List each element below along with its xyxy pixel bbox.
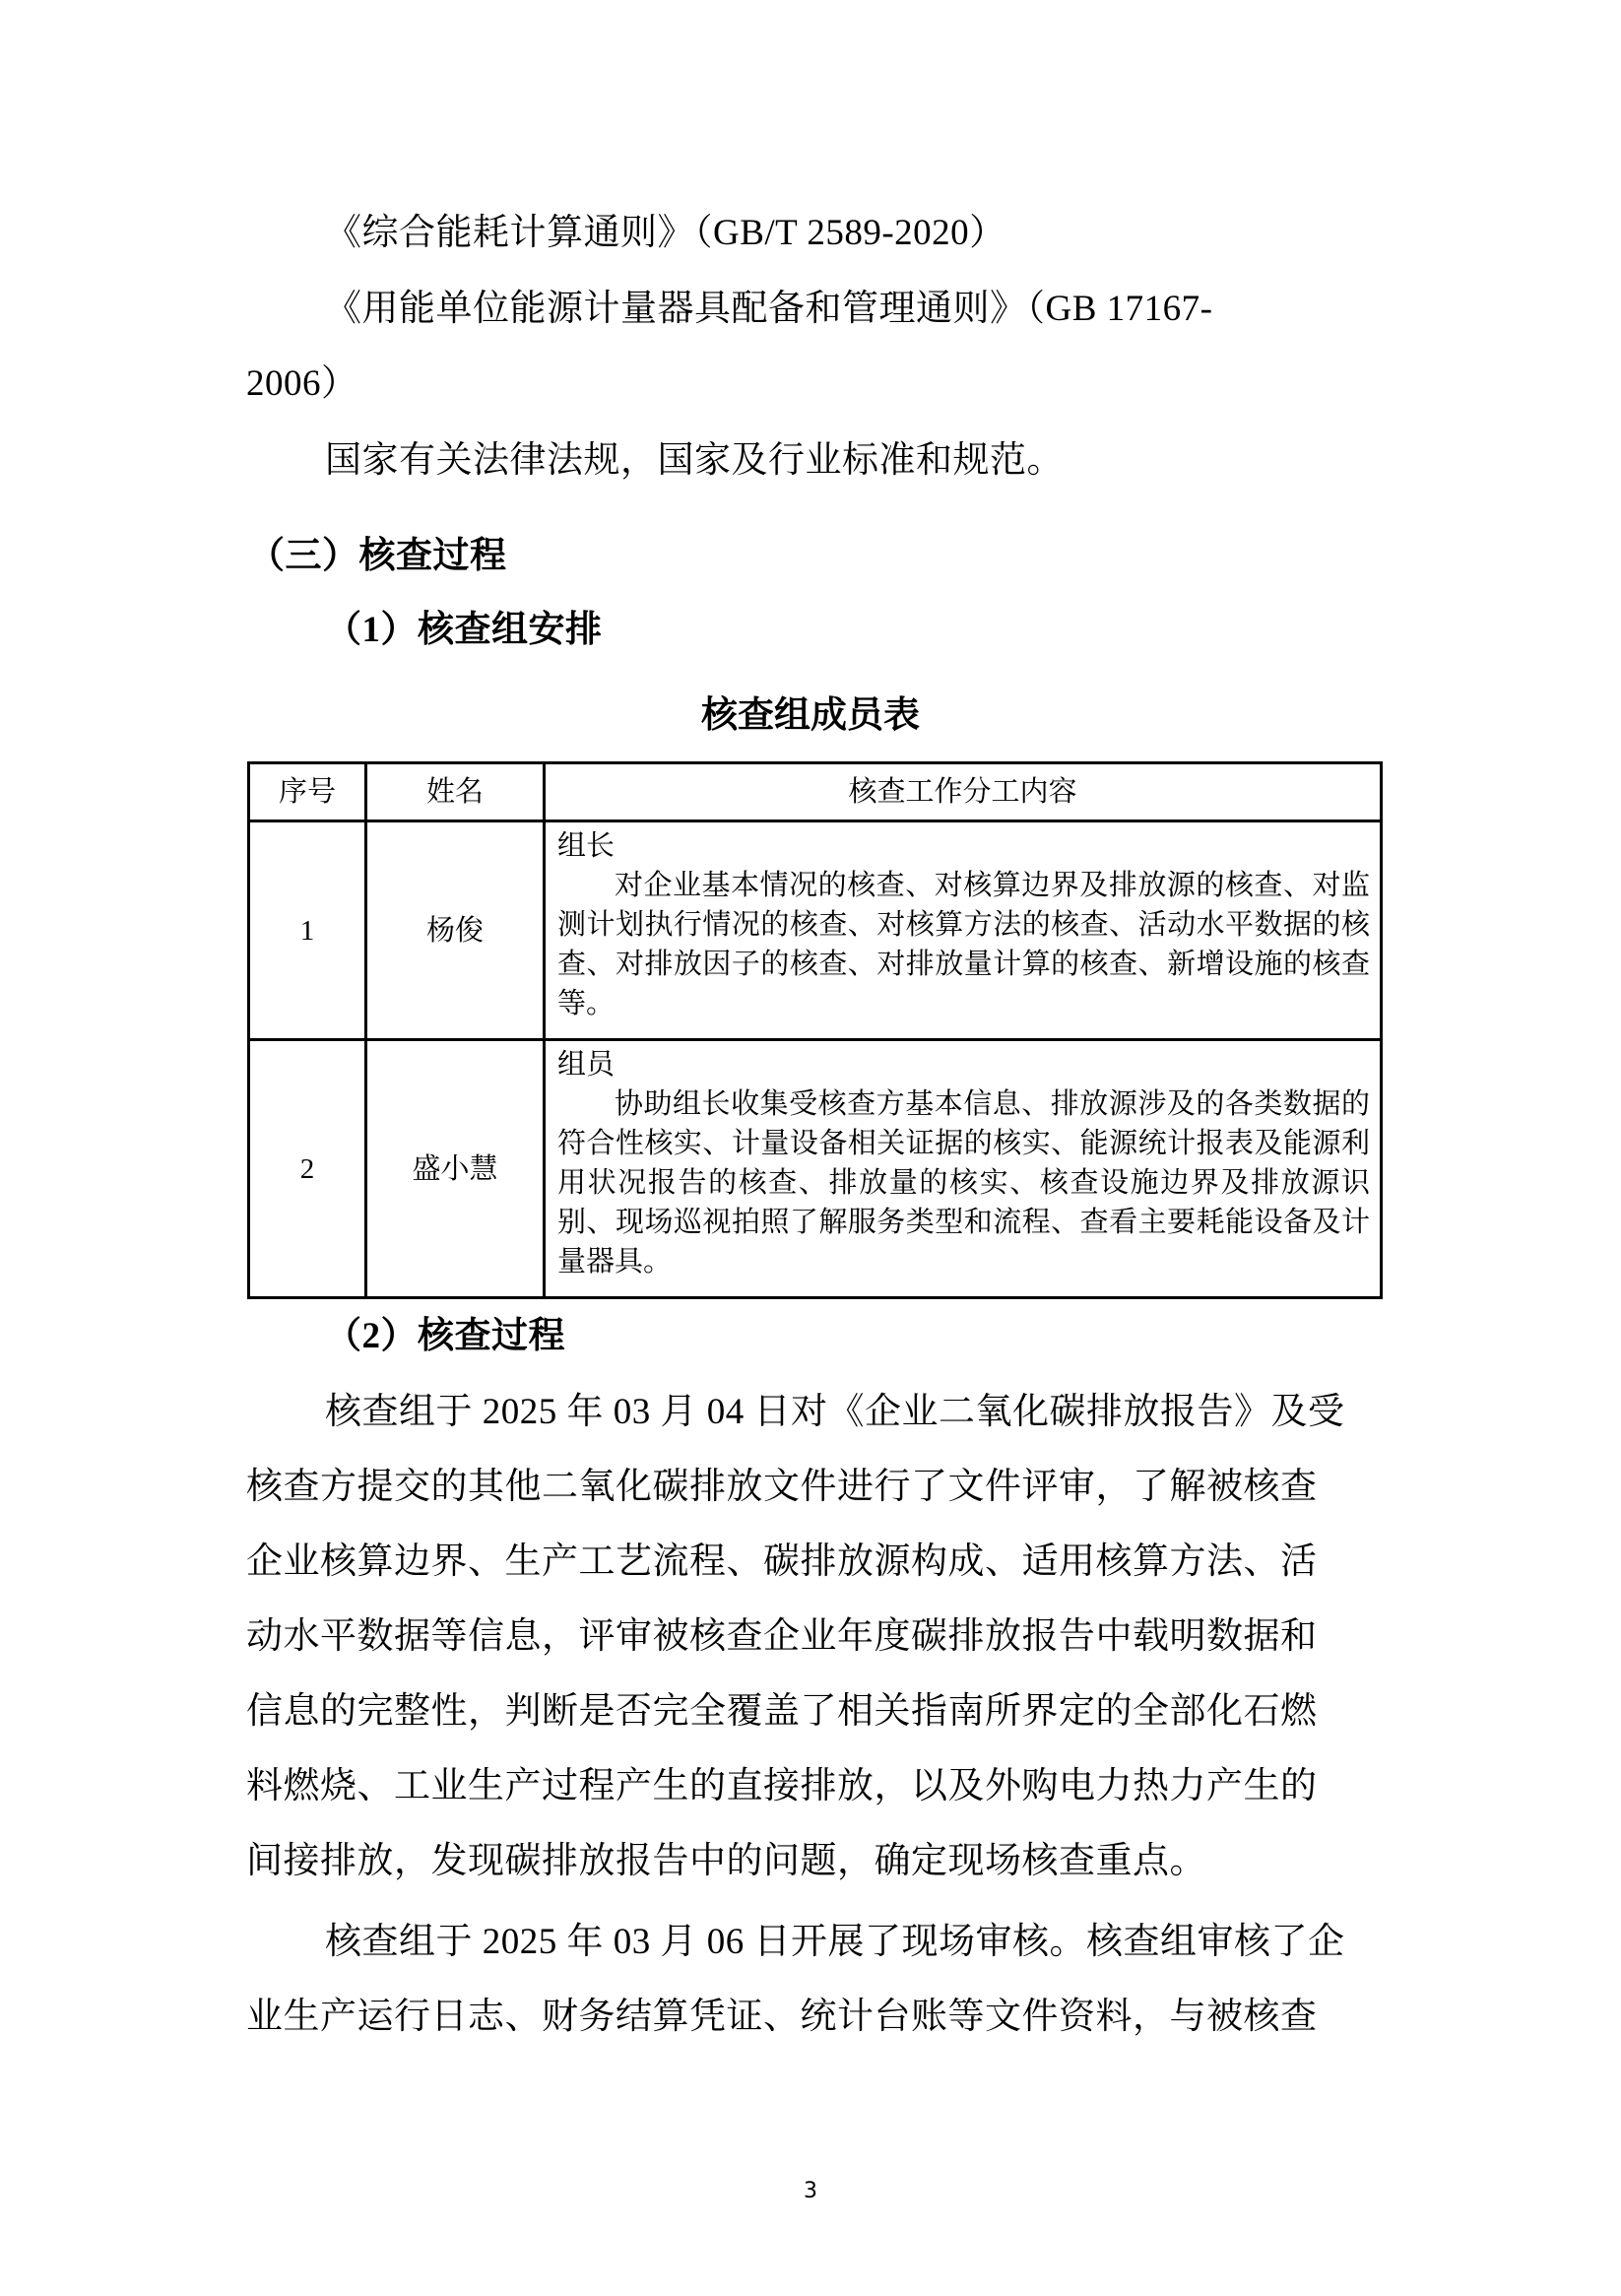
reference-line: 2006） — [246, 362, 358, 406]
cell-number: 2 — [249, 1040, 366, 1298]
cell-name: 杨俊 — [366, 821, 545, 1040]
paragraph-line: 核查方提交的其他二氧化碳排放文件进行了文件评审，了解被核查 — [246, 1466, 1318, 1509]
paragraph-line: 信息的完整性，判断是否完全覆盖了相关指南所界定的全部化石燃 — [246, 1690, 1318, 1734]
paragraph-line: 料燃烧、工业生产过程产生的直接排放，以及外购电力热力产生的 — [246, 1765, 1318, 1808]
paragraph-line: 间接排放，发现碳排放报告中的问题，确定现场核查重点。 — [246, 1840, 1206, 1883]
page-number: 3 — [0, 2179, 1621, 2203]
cell-name: 盛小慧 — [366, 1040, 545, 1298]
table-header-row: 序号 姓名 核查工作分工内容 — [249, 763, 1382, 821]
reference-line: 《综合能耗计算通则》（GB/T 2589-2020） — [325, 212, 1006, 255]
paragraph-line: 业生产运行日志、财务结算凭证、统计台账等文件资料，与被核查 — [246, 1996, 1318, 2039]
cell-duty: 组长 对企业基本情况的核查、对核算边界及排放源的核查、对监测计划执行情况的核查、… — [545, 821, 1382, 1040]
cell-duty: 组员 协助组长收集受核查方基本信息、排放源涉及的各类数据的符合性核实、计量设备相… — [545, 1040, 1382, 1298]
reference-line: 《用能单位能源计量器具配备和管理通则》（GB 17167- — [325, 288, 1212, 331]
reference-line: 国家有关法律法规，国家及行业标准和规范。 — [325, 439, 1064, 483]
paragraph-line: 企业核算边界、生产工艺流程、碳排放源构成、适用核算方法、活 — [246, 1541, 1318, 1584]
cell-number: 1 — [249, 821, 366, 1040]
table-row: 1 杨俊 组长 对企业基本情况的核查、对核算边界及排放源的核查、对监测计划执行情… — [249, 821, 1382, 1040]
section-heading: （三）核查过程 — [248, 535, 507, 578]
member-duty: 协助组长收集受核查方基本信息、排放源涉及的各类数据的符合性核实、计量设备相关证据… — [557, 1084, 1370, 1281]
header-number: 序号 — [249, 763, 366, 821]
members-table: 序号 姓名 核查工作分工内容 1 杨俊 组长 对企业基本情况的核查、对核算边界及… — [247, 761, 1383, 1299]
header-name: 姓名 — [366, 763, 545, 821]
header-duty: 核查工作分工内容 — [545, 763, 1382, 821]
member-role: 组员 — [557, 1045, 1370, 1084]
table-title: 核查组成员表 — [0, 685, 1621, 738]
subsection-heading: （2）核查过程 — [325, 1315, 565, 1358]
paragraph-line: 核查组于 2025 年 03 月 06 日开展了现场审核。核查组审核了企 — [325, 1921, 1345, 1964]
member-role: 组长 — [557, 826, 1370, 866]
member-duty: 对企业基本情况的核查、对核算边界及排放源的核查、对监测计划执行情况的核查、对核算… — [557, 866, 1370, 1023]
subsection-heading: （1）核查组安排 — [325, 609, 603, 652]
table-row: 2 盛小慧 组员 协助组长收集受核查方基本信息、排放源涉及的各类数据的符合性核实… — [249, 1040, 1382, 1298]
paragraph-line: 动水平数据等信息，评审被核查企业年度碳排放报告中载明数据和 — [246, 1615, 1318, 1659]
paragraph-line: 核查组于 2025 年 03 月 04 日对《企业二氧化碳排放报告》及受 — [325, 1391, 1345, 1434]
